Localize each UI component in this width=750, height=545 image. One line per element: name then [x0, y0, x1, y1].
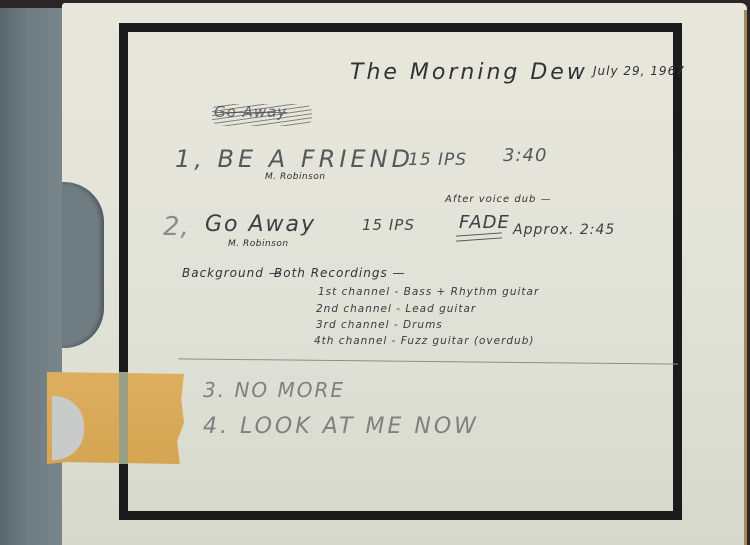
track-2-number: 2,	[163, 212, 190, 242]
tape-stripe	[119, 372, 128, 464]
track-1-number: 1,	[175, 145, 206, 173]
track-1-speed: 15 IPS	[408, 150, 467, 170]
scribble-mark-icon	[212, 104, 312, 126]
channel-1: 1st channel - Bass + Rhythm guitar	[318, 286, 539, 298]
recording-date: July 29, 1967	[593, 64, 685, 78]
track-3-name: NO MORE	[234, 378, 345, 402]
album-title: The Morning Dew	[350, 60, 588, 85]
track-3-number: 3.	[203, 378, 226, 402]
scan-background	[0, 8, 70, 545]
track-2-author: M. Robinson	[228, 239, 289, 249]
track-4-name: LOOK AT ME NOW	[240, 414, 479, 439]
background-heading: Both Recordings —	[274, 266, 406, 280]
track-2-ending: FADE	[459, 212, 510, 233]
track-3-title: 3. NO MORE	[203, 378, 345, 402]
track-4-title: 4. LOOK AT ME NOW	[203, 414, 479, 439]
track-1-author: M. Robinson	[265, 172, 326, 182]
track-1-name: BE A FRIEND	[218, 145, 414, 173]
track-2-title: Go Away	[205, 212, 316, 237]
track-4-number: 4.	[203, 414, 230, 439]
channel-3: 3rd channel - Drums	[316, 319, 443, 331]
background-label: Background —	[182, 266, 282, 280]
track-2-duration: Approx. 2:45	[513, 222, 615, 238]
track-2-speed: 15 IPS	[362, 216, 415, 234]
channel-2: 2nd channel - Lead guitar	[316, 303, 476, 315]
track-2-note: After voice dub —	[445, 194, 552, 205]
channel-4: 4th channel - Fuzz guitar (overdub)	[314, 335, 534, 347]
card-notch-cutout	[62, 182, 104, 348]
track-1-title: 1, BE A FRIEND	[175, 145, 414, 173]
card-edge	[744, 10, 747, 545]
track-1-duration: 3:40	[503, 145, 547, 166]
